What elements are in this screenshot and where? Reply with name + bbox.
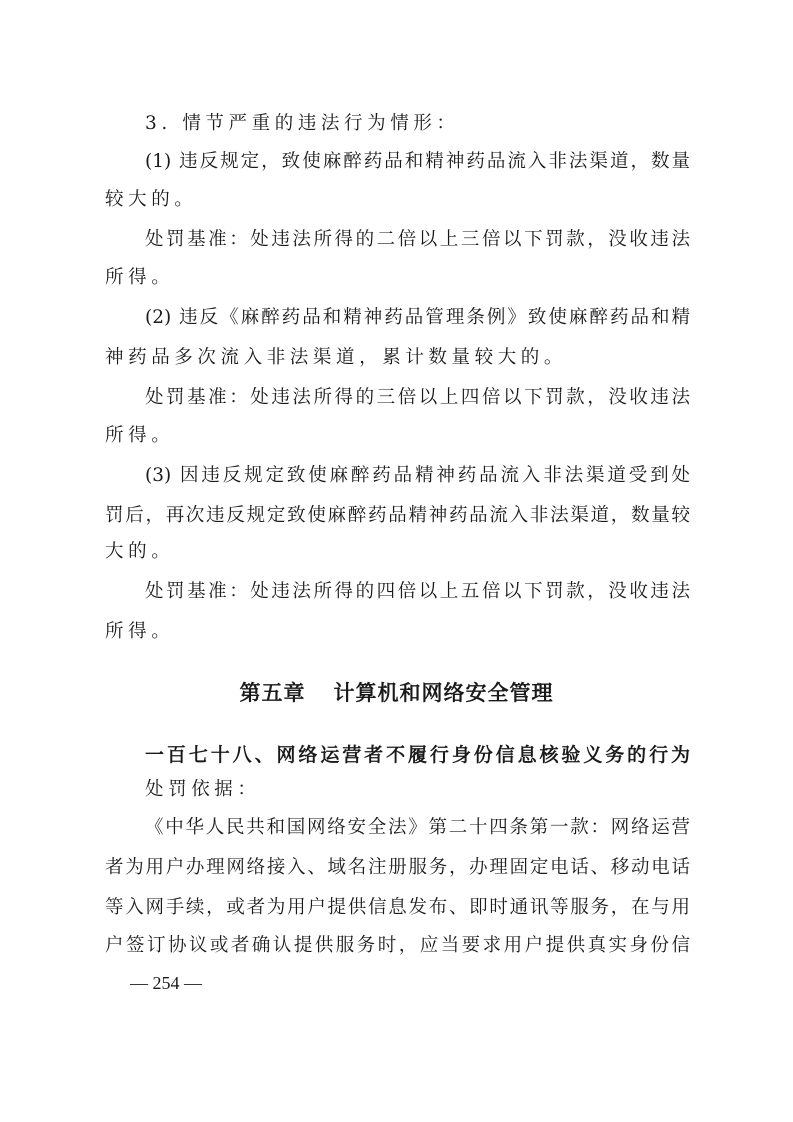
text-line: 处罚基准：处违法所得的四倍以上五倍以下罚款，没收违法	[145, 580, 690, 604]
chapter-title: 第五章计算机和网络安全管理	[0, 677, 793, 707]
text-line: 处罚依据：	[145, 778, 690, 802]
text-line: (1) 违反规定，致使麻醉药品和精神药品流入非法渠道，数量	[145, 150, 690, 174]
text-line: (2) 违反《麻醉药品和精神药品管理条例》致使麻醉药品和精	[145, 306, 690, 330]
text-line: 者为用户办理网络接入、域名注册服务，办理固定电话、移动电话	[105, 856, 690, 880]
text-line: 所得。	[105, 266, 690, 290]
text-line: (3) 因违反规定致使麻醉药品精神药品流入非法渠道受到处	[145, 464, 690, 488]
page-number: — 254 —	[130, 973, 202, 994]
text-line: 等入网手续，或者为用户提供信息发布、即时通讯等服务，在与用	[105, 896, 690, 920]
text-line: 神药品多次流入非法渠道，累计数量较大的。	[105, 346, 690, 370]
text-line: 所得。	[105, 620, 690, 644]
chapter-number: 第五章	[240, 681, 306, 705]
text-line: 大的。	[105, 540, 690, 564]
text-line: 3. 情节严重的违法行为情形：	[145, 112, 690, 136]
text-line: 《中华人民共和国网络安全法》第二十四条第一款：网络运营	[145, 816, 690, 840]
text-line: 罚后，再次违反规定致使麻醉药品精神药品流入非法渠道，数量较	[105, 504, 690, 528]
text-line: 较大的。	[105, 188, 690, 212]
section-heading: 一百七十八、网络运营者不履行身份信息核验义务的行为	[145, 740, 690, 767]
text-line: 户签订协议或者确认提供服务时，应当要求用户提供真实身份信	[105, 934, 690, 958]
chapter-name: 计算机和网络安全管理	[334, 681, 554, 705]
text-line: 所得。	[105, 424, 690, 448]
text-line: 处罚基准：处违法所得的二倍以上三倍以下罚款，没收违法	[145, 228, 690, 252]
text-line: 处罚基准：处违法所得的三倍以上四倍以下罚款，没收违法	[145, 386, 690, 410]
